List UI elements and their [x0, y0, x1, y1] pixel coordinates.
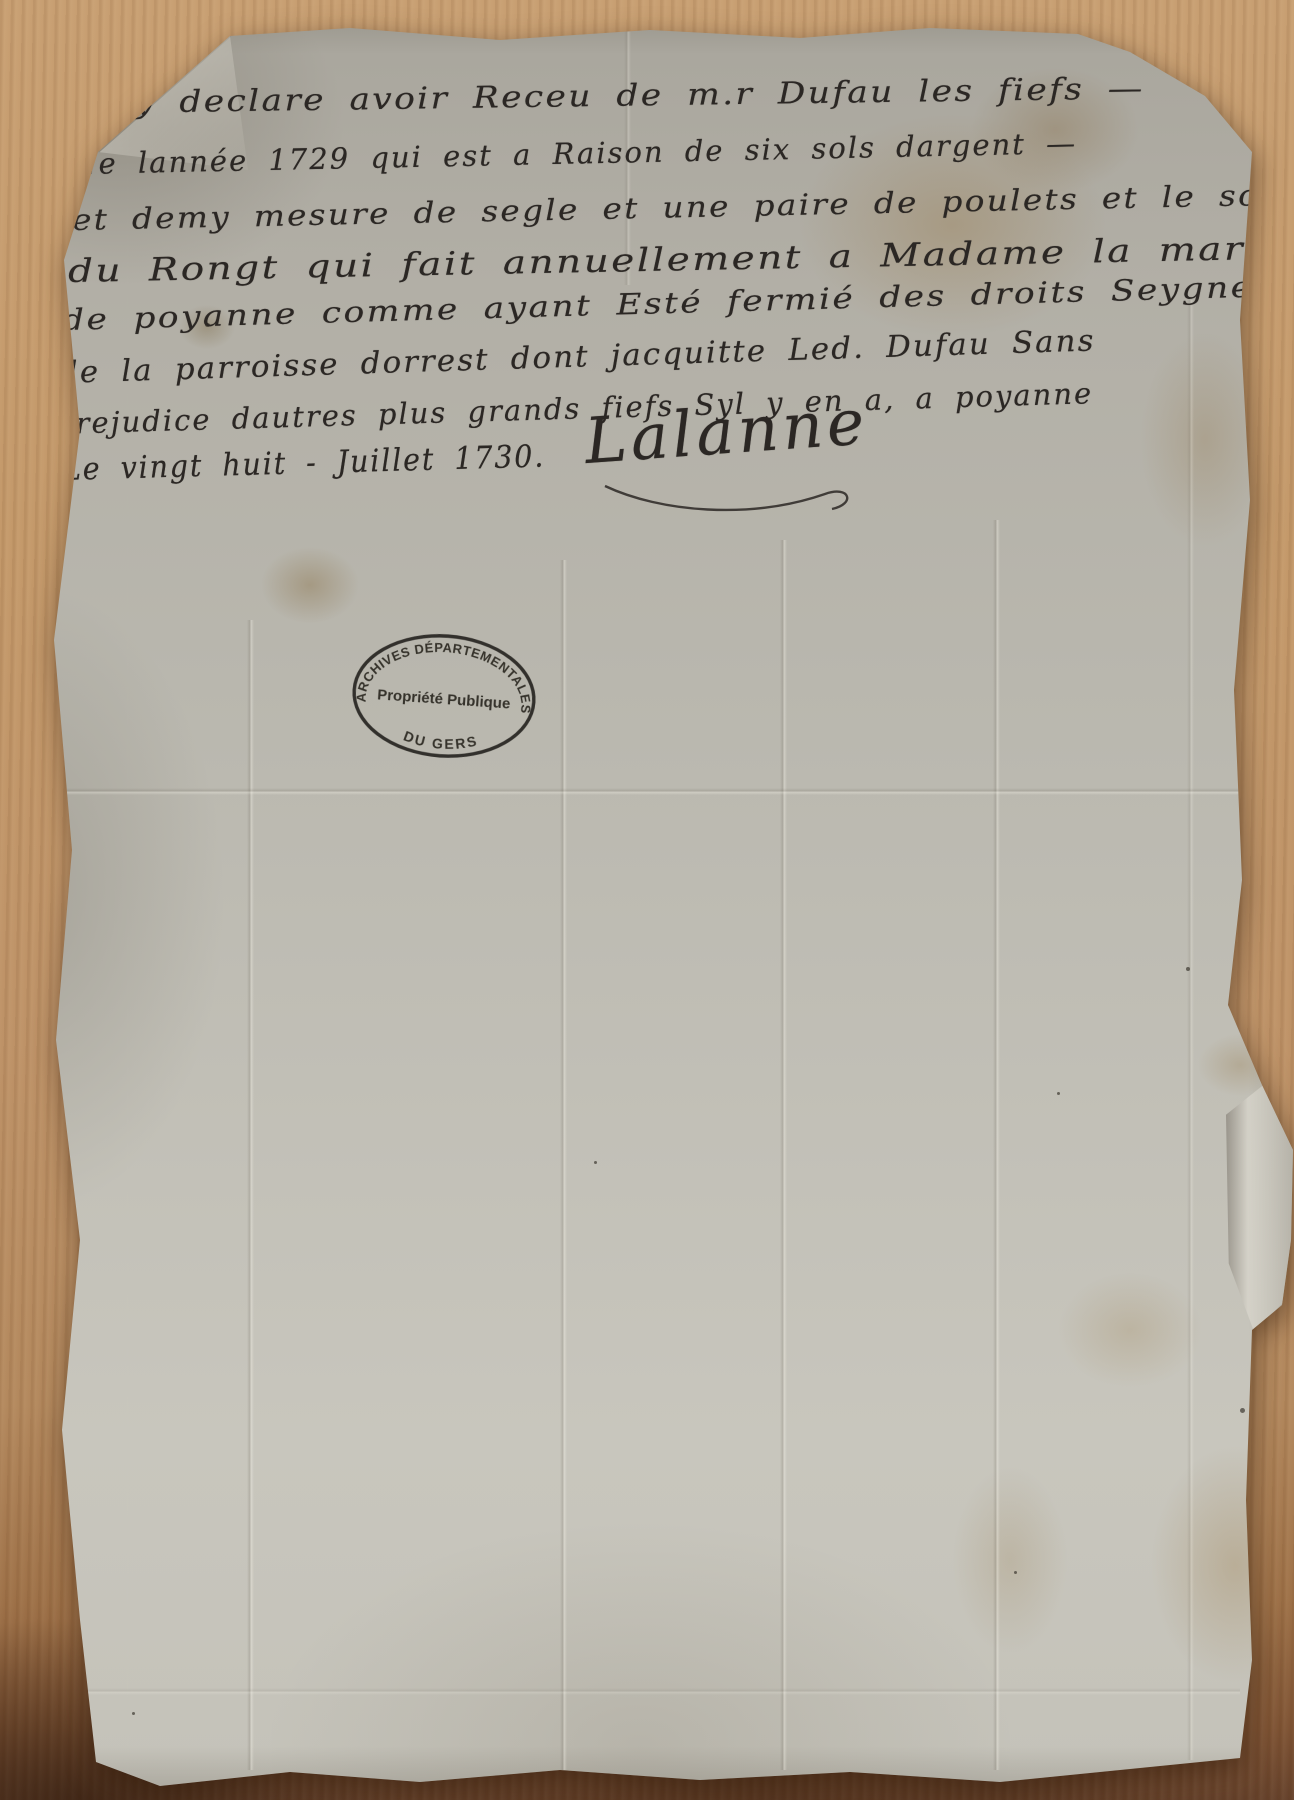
horizontal-fold	[60, 788, 1240, 795]
manuscript-line: Le vingt huit - Juillet 1730.	[61, 439, 545, 488]
speck	[1014, 1571, 1017, 1574]
photo-scene: Jay declare avoir Receu de m.r Dufau les…	[0, 0, 1294, 1800]
horizontal-fold	[70, 1688, 1240, 1695]
vertical-crease	[560, 560, 567, 1770]
manuscript-line: et demy mesure de segle et une paire de …	[72, 178, 1273, 237]
stamp-center-text: Propriété Publique	[377, 686, 511, 712]
signature-flourish	[600, 478, 870, 520]
archive-stamp: ARCHIVES DÉPARTEMENTALES Propriété Publi…	[341, 621, 546, 770]
speck	[1186, 967, 1190, 971]
speck	[1247, 1047, 1251, 1051]
vertical-crease	[993, 520, 1000, 1770]
manuscript-line: Jay declare avoir Receu de m.r Dufau les…	[95, 71, 1145, 121]
vertical-crease	[780, 540, 787, 1770]
speck	[1240, 1408, 1245, 1413]
speck	[132, 1712, 135, 1715]
manuscript-page: Jay declare avoir Receu de m.r Dufau les…	[0, 0, 1294, 1800]
speck	[594, 1161, 597, 1164]
speck	[1057, 1092, 1060, 1095]
torn-edge-flap	[1226, 1085, 1294, 1333]
vertical-crease	[1187, 300, 1194, 1760]
